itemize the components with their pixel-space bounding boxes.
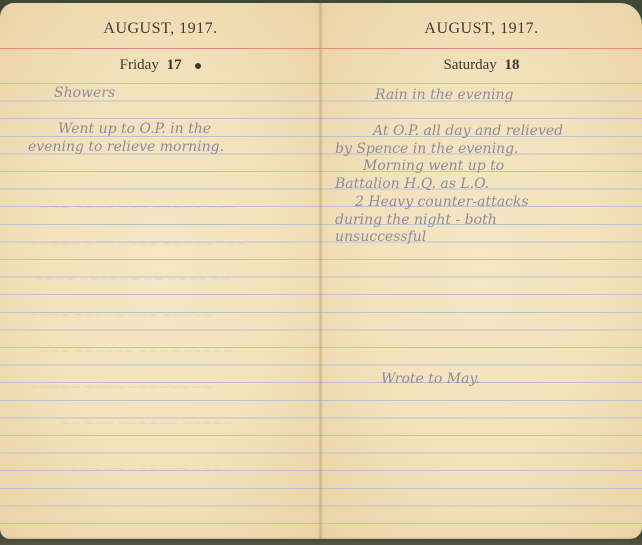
page-bottom-shadow	[0, 537, 642, 545]
bleed-through-text: ~~~ ~~~~ ~~~ ~~~~~ ~~~	[40, 199, 236, 217]
left-day-name: Friday	[120, 57, 159, 73]
right-entry-line: unsuccessful	[335, 229, 426, 247]
right-entry-line: At O.P. all day and relieved	[373, 123, 563, 141]
right-entry-line: Battalion H.Q. as L.O.	[335, 176, 489, 194]
full-moon-icon	[195, 63, 201, 69]
left-month-header: AUGUST, 1917.	[0, 20, 321, 38]
bleed-through-text: ~~ ~~~ ~~~~~~ ~~~~~	[60, 415, 232, 433]
right-day-heading: Saturday 18	[321, 57, 642, 74]
right-entry-line: Wrote to May.	[381, 371, 480, 389]
bleed-through-text: ~~~~ ~~~~~~ ~~ ~~~~ ~~	[35, 271, 231, 289]
left-red-rule	[0, 48, 321, 49]
book-gutter	[318, 3, 323, 539]
right-day-name: Saturday	[443, 57, 496, 73]
bleed-through-text: ~~~~~ ~~~~ ~~~~~~ ~~	[30, 379, 212, 397]
left-entry-line: Went up to O.P. in the	[58, 121, 211, 139]
right-day-number: 18	[505, 57, 520, 73]
right-entry-line: 2 Heavy counter-attacks	[355, 194, 529, 212]
left-entry-line: Showers	[54, 85, 115, 103]
left-page: AUGUST, 1917. Friday 17 ~~~ ~~~~ ~~~ ~~~…	[0, 3, 321, 539]
right-page: AUGUST, 1917. Saturday 18 Rain in the ev…	[321, 3, 642, 539]
bleed-through-text: ~~~~~ ~~~ ~~~~ ~~~~~ ~~~	[30, 235, 246, 253]
left-entry-line: evening to relieve morning.	[28, 139, 224, 157]
left-day-heading: Friday 17	[0, 57, 321, 74]
right-entry-line: Morning went up to	[363, 158, 504, 176]
right-entry-line: by Spence in the evening.	[335, 141, 518, 159]
bleed-through-text: ~~~ ~~~~~~ ~~~ ~~~~~~	[40, 343, 232, 361]
right-entry-line: Rain in the evening	[375, 87, 513, 105]
bleed-through-text: ~~~~ ~~~~~ ~~~ ~~~~~	[30, 307, 212, 325]
left-day-number: 17	[167, 57, 182, 73]
bleed-through-text: ~~~ ~~ ~~~~~~ ~~~~	[70, 461, 232, 479]
right-red-rule	[321, 48, 642, 49]
diary-spread: AUGUST, 1917. Friday 17 ~~~ ~~~~ ~~~ ~~~…	[0, 0, 642, 545]
right-month-header: AUGUST, 1917.	[321, 20, 642, 38]
right-entry-line: during the night - both	[335, 212, 497, 230]
